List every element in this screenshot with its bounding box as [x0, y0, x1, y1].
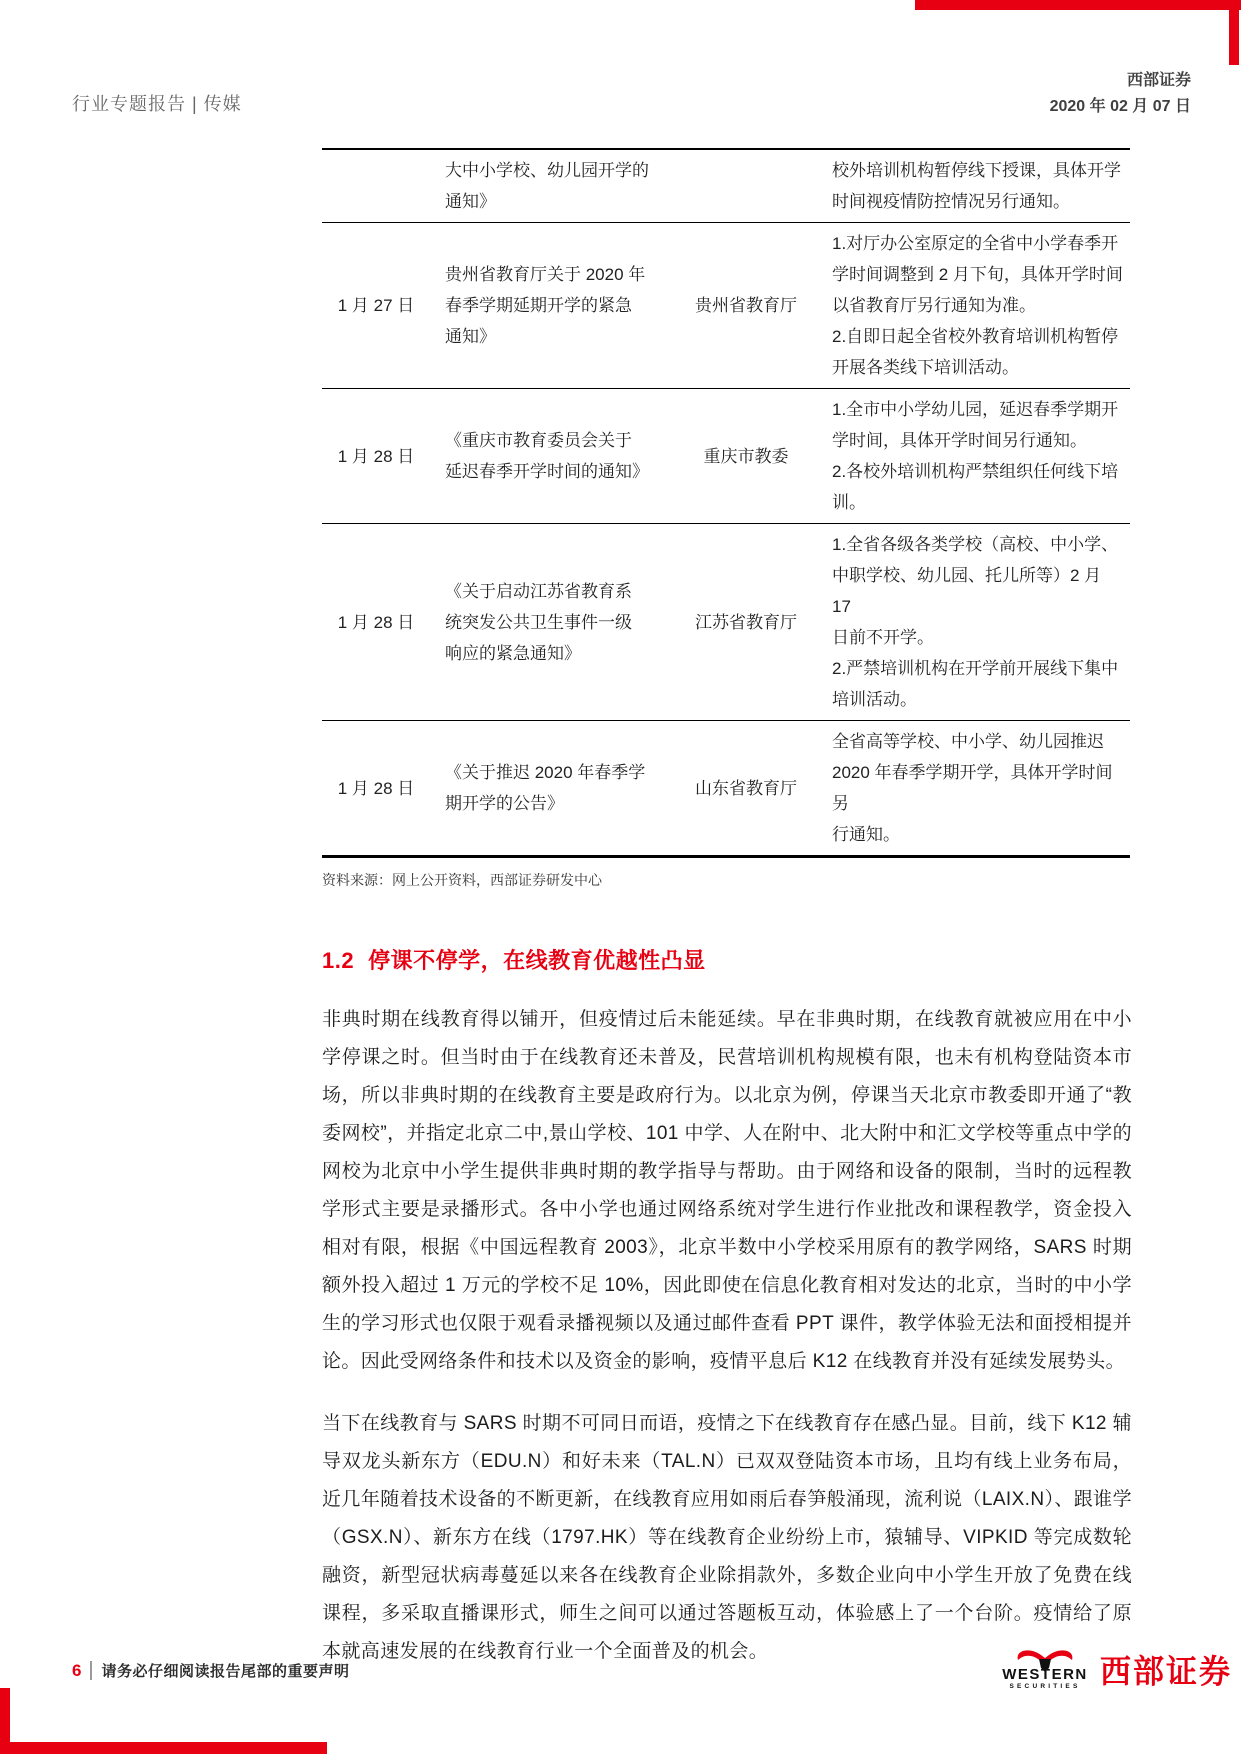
cell-content: 校外培训机构暂停线下授课，具体开学 时间视疫情防控情况另行通知。: [820, 149, 1130, 223]
cell-date: 1 月 28 日: [322, 721, 430, 857]
cell-issuer: 江苏省教育厅: [672, 524, 820, 721]
policy-notice-table: 大中小学校、幼儿园开学的 通知》 校外培训机构暂停线下授课，具体开学 时间视疫情…: [322, 148, 1130, 858]
cell-content: 1.全省各级各类学校（高校、中小学、 中职学校、幼儿园、托儿所等）2 月 17 …: [820, 524, 1130, 721]
cell-content: 1.对厅办公室原定的全省中小学春季开 学时间调整到 2 月下旬，具体开学时间 以…: [820, 223, 1130, 389]
cell-title: 《关于推迟 2020 年春季学 期开学的公告》: [430, 721, 672, 857]
bottom-left-red-bar-horizontal: [0, 1742, 327, 1754]
cell-issuer: 贵州省教育厅: [672, 223, 820, 389]
cell-title: 大中小学校、幼儿园开学的 通知》: [430, 149, 672, 223]
logo-en-subtext: SECURITIES: [1009, 1684, 1080, 1691]
cell-title: 《关于启动江苏省教育系 统突发公共卫生事件一级 响应的紧急通知》: [430, 524, 672, 721]
logo-cn-text: 西部证券: [1100, 1645, 1232, 1692]
section-heading: 1.2停课不停学，在线教育优越性凸显: [322, 944, 1132, 975]
cell-title: 贵州省教育厅关于 2020 年 春季学期延期开学的紧急 通知》: [430, 223, 672, 389]
page-number: 6: [72, 1661, 81, 1681]
footer-disclaimer-text: 请务必仔细阅读报告尾部的重要声明: [101, 1660, 349, 1681]
top-right-red-bar-horizontal: [915, 0, 1241, 10]
cell-issuer: 山东省教育厅: [672, 721, 820, 857]
table-source-note: 资料来源：网上公开资料，西部证券研发中心: [322, 870, 1132, 890]
table-row: 1 月 28 日 《关于启动江苏省教育系 统突发公共卫生事件一级 响应的紧急通知…: [322, 524, 1130, 721]
table-row: 1 月 28 日 《重庆市教育委员会关于 延迟春季开学时间的通知》 重庆市教委 …: [322, 389, 1130, 524]
header-brand-date: 西部证券 2020 年 02 月 07 日: [1050, 68, 1191, 119]
cell-date: 1 月 28 日: [322, 524, 430, 721]
footer-disclaimer-row: 6 请务必仔细阅读报告尾部的重要声明: [72, 1660, 349, 1681]
cell-date: [322, 149, 430, 223]
body-paragraph-1: 非典时期在线教育得以铺开，但疫情过后未能延续。早在非典时期，在线教育就被应用在中…: [322, 1001, 1132, 1381]
section-title: 停课不停学，在线教育优越性凸显: [368, 948, 706, 973]
western-securities-mark: WESTERN SECURITIES: [1002, 1647, 1088, 1691]
report-date: 2020 年 02 月 07 日: [1050, 94, 1191, 120]
table-row: 大中小学校、幼儿园开学的 通知》 校外培训机构暂停线下授课，具体开学 时间视疫情…: [322, 149, 1130, 223]
cell-title: 《重庆市教育委员会关于 延迟春季开学时间的通知》: [430, 389, 672, 524]
cell-content: 1.全市中小学幼儿园，延迟春季学期开 学时间，具体开学时间另行通知。 2.各校外…: [820, 389, 1130, 524]
top-right-red-bar-vertical: [1229, 0, 1239, 65]
cell-content: 全省高等学校、中小学、幼儿园推迟 2020 年春季学期开学，具体开学时间另 行通…: [820, 721, 1130, 857]
brand-name: 西部证券: [1050, 68, 1191, 94]
cell-issuer: 重庆市教委: [672, 389, 820, 524]
report-type-label: 行业专题报告 | 传媒: [72, 90, 242, 116]
footer-divider: [90, 1661, 92, 1680]
logo-en-text: WESTERN: [1002, 1667, 1088, 1682]
section-number: 1.2: [322, 948, 354, 973]
table-row: 1 月 27 日 贵州省教育厅关于 2020 年 春季学期延期开学的紧急 通知》…: [322, 223, 1130, 389]
cell-date: 1 月 27 日: [322, 223, 430, 389]
company-logo: WESTERN SECURITIES 西部证券: [1002, 1646, 1232, 1691]
body-paragraph-2: 当下在线教育与 SARS 时期不可同日而语，疫情之下在线教育存在感凸显。目前，线…: [322, 1405, 1132, 1671]
table-row: 1 月 28 日 《关于推迟 2020 年春季学 期开学的公告》 山东省教育厅 …: [322, 721, 1130, 857]
cell-issuer: [672, 149, 820, 223]
main-content-column: 大中小学校、幼儿园开学的 通知》 校外培训机构暂停线下授课，具体开学 时间视疫情…: [322, 148, 1132, 1671]
cell-date: 1 月 28 日: [322, 389, 430, 524]
report-page: 行业专题报告 | 传媒 西部证券 2020 年 02 月 07 日 大中小学校、…: [0, 0, 1241, 1754]
